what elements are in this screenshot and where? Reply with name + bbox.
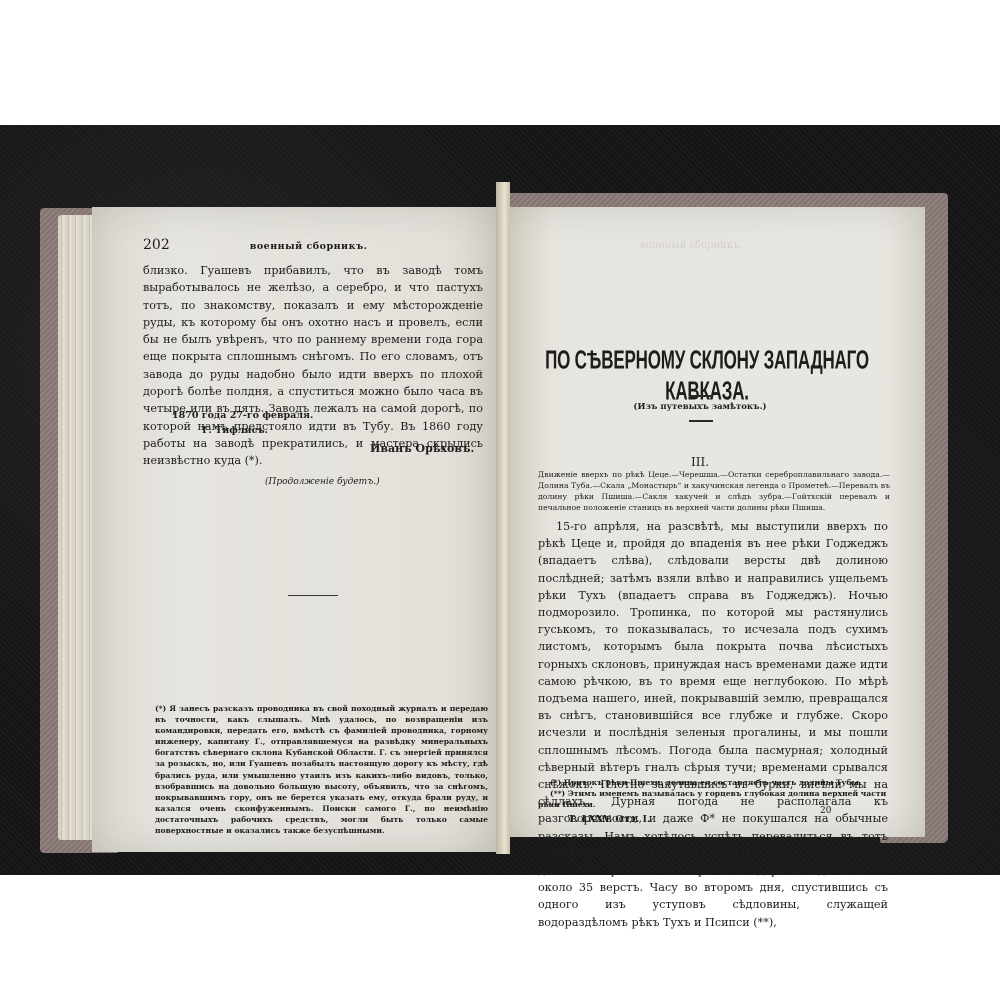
volume-signature: Т. LXXV. Отд. I. [568,814,650,825]
paragraph: близко. Гуашевъ прибавилъ, что въ заводѣ… [143,262,483,470]
author-signature: Иванъ Орѣховъ. [370,442,474,455]
show-through-text: вопнный сборникъ. [640,240,743,251]
paragraph: 15-го апрѣля, на разсвѣтѣ, мы выступили … [538,518,888,931]
running-head: военный сборникъ. [250,241,368,252]
chapter-number: III. [680,455,720,469]
left-body-text: близко. Гуашевъ прибавилъ, что въ заводѣ… [143,262,483,470]
dateline: 1870 года 27-го февраля. Г. Тифлисъ. [172,408,313,438]
sheet-number: 20 [820,806,831,816]
footnote-2: (**) Этимъ именемъ называлась у горцевъ … [538,789,890,811]
page-number: 202 [143,237,170,253]
to-be-continued: (Продолженіе будетъ.) [265,477,380,487]
left-footnote: (*) Я занесъ разсказъ проводника въ свой… [155,703,488,836]
dateline-date: 1870 года 27-го февраля. [172,408,313,423]
title-rule-top [689,395,713,397]
article-title: ПО СѢВЕРНОМУ СКЛОНУ ЗАПАДНАГО КАВКАЗА. [537,345,877,407]
right-body-text: 15-го апрѣля, на разсвѣтѣ, мы выступили … [538,518,888,931]
dateline-place: Г. Тифлисъ. [202,423,313,438]
section-divider [288,595,338,596]
chapter-synopsis: Движеніе вверхъ по рѣкѣ Цеце.—Черешша.—О… [538,469,890,513]
footnote-1: (*) Притокъ рѣки Пшехи; долина ея состав… [538,778,890,789]
article-subtitle: (Изъ путевыхъ замѣтокъ.) [600,402,800,412]
book-gutter [496,182,510,854]
left-page-header: 202 военный сборникъ. [143,237,493,253]
title-rule-bottom [689,420,713,422]
right-footnotes: (*) Притокъ рѣки Пшехи; долина ея состав… [538,778,890,810]
